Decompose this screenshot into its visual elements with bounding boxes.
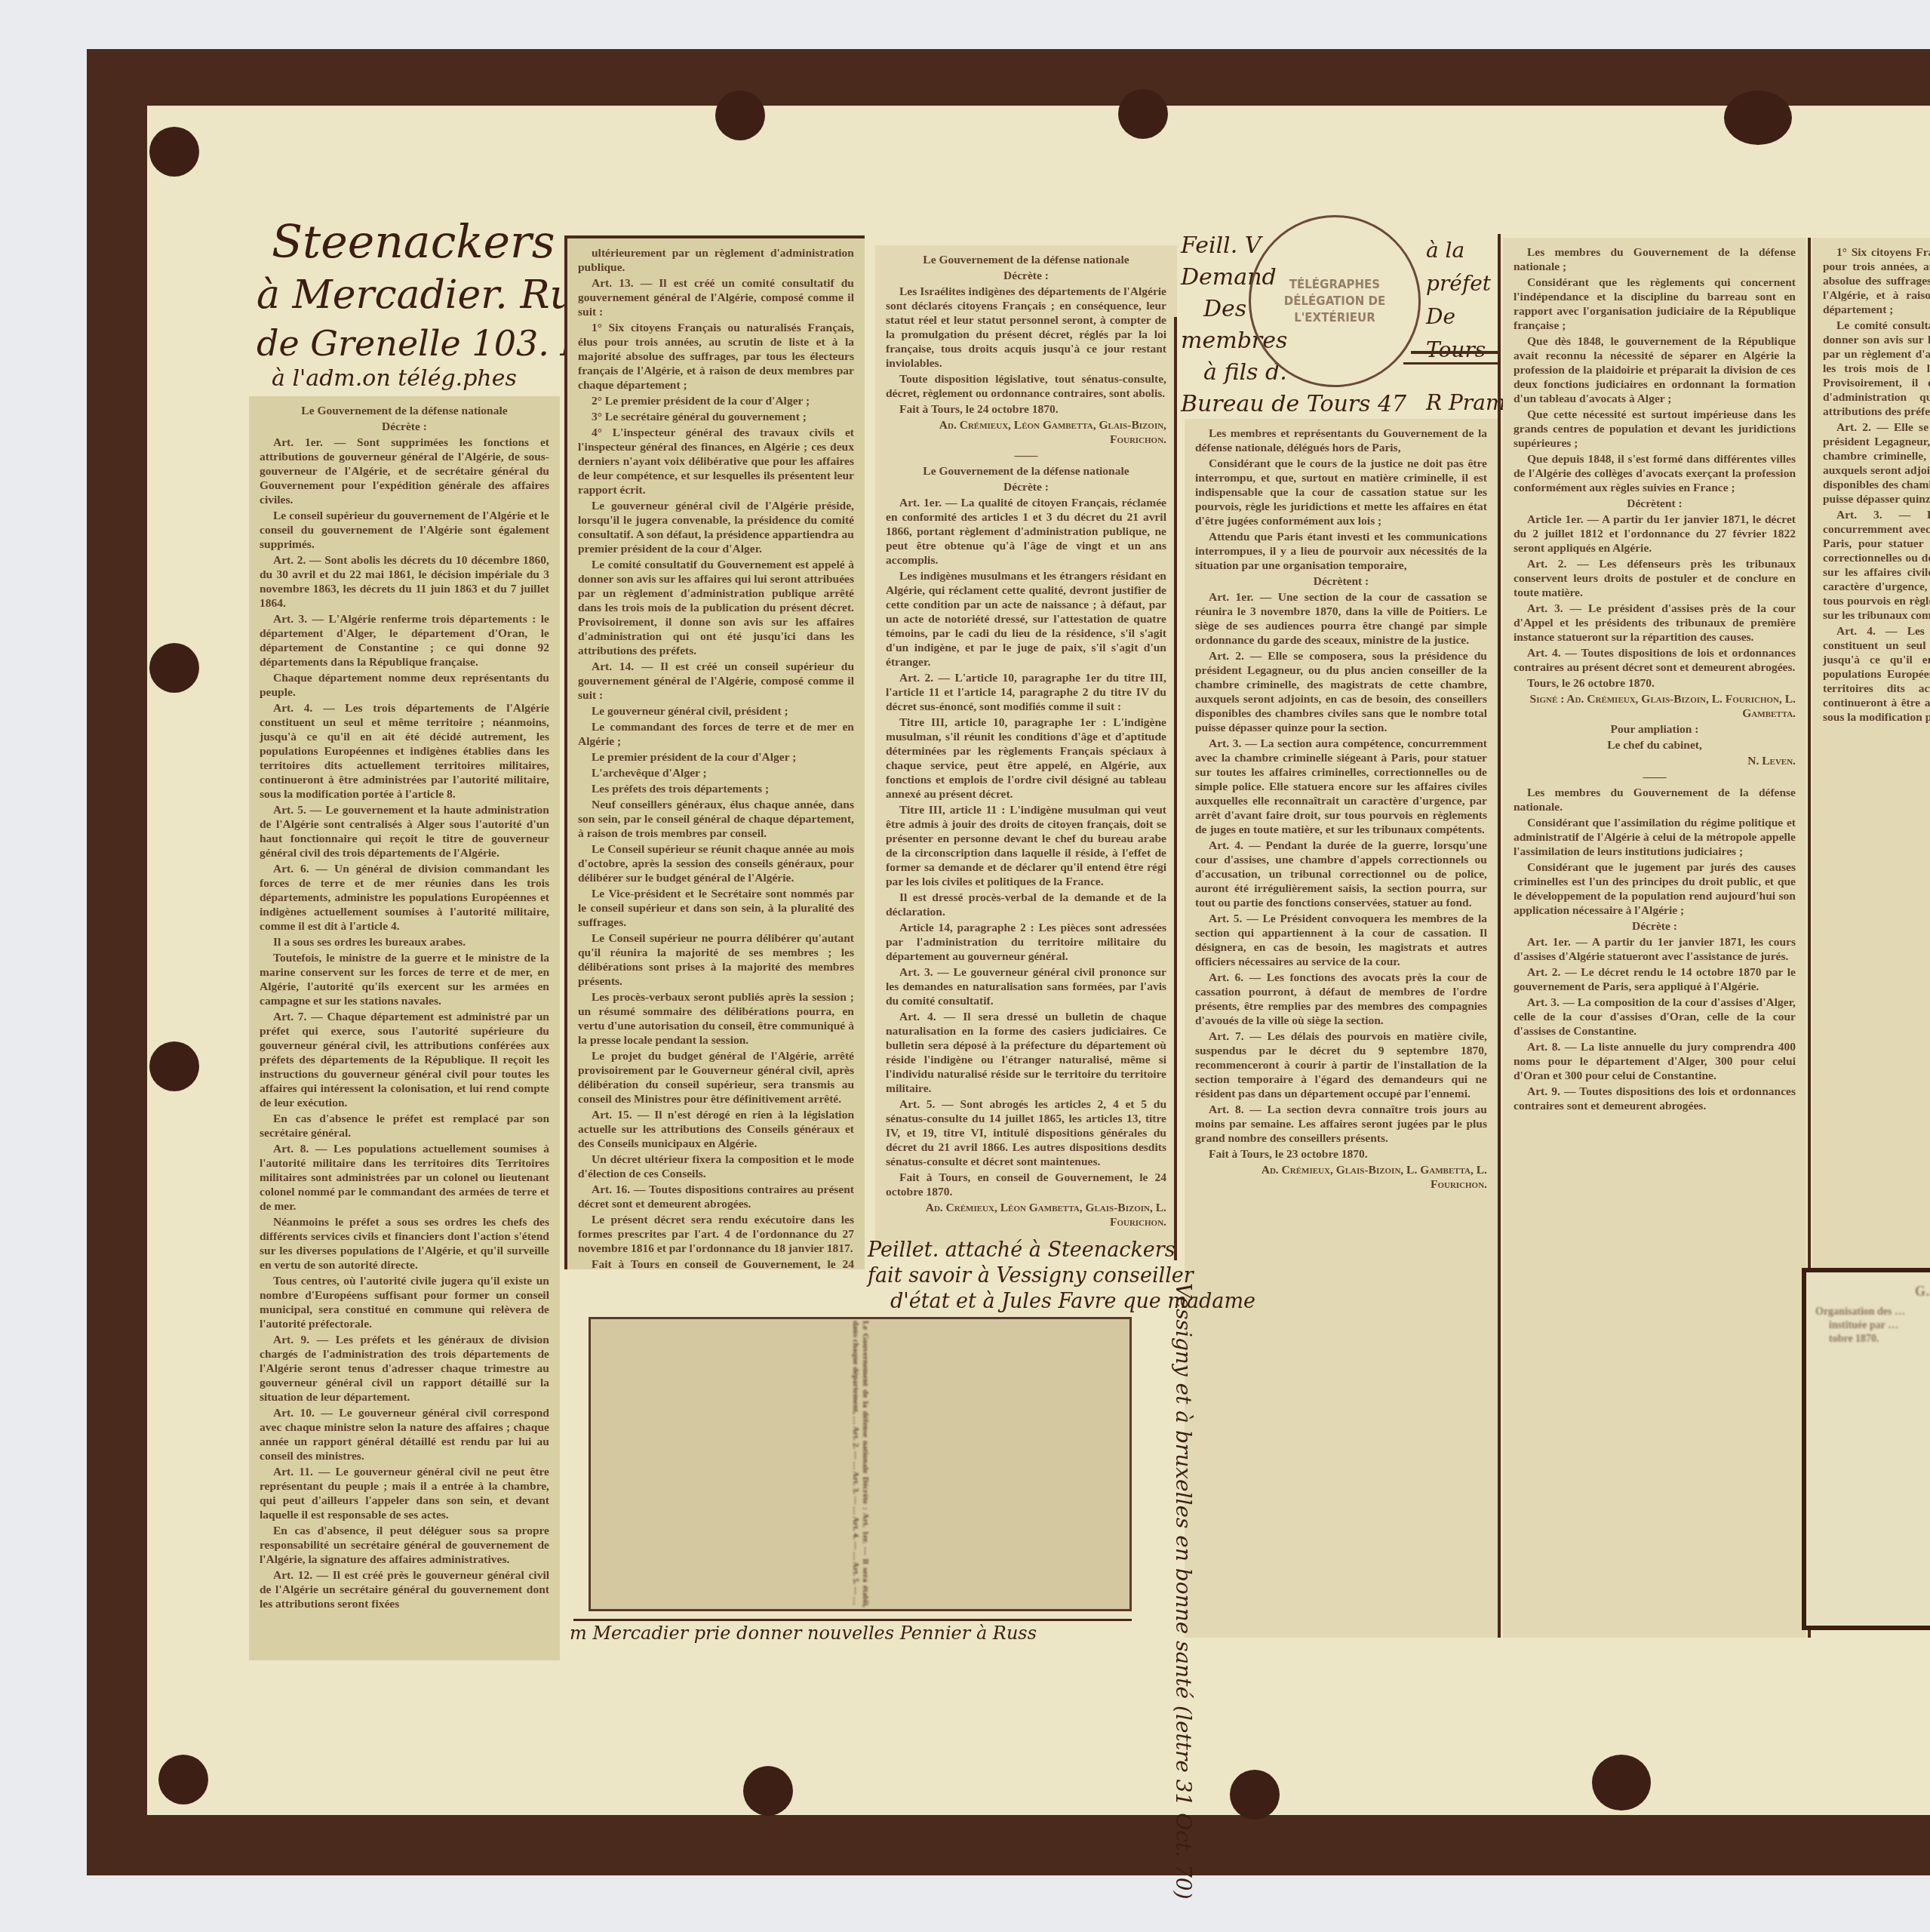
paragraph: Les Israélites indigènes des département…	[886, 285, 1166, 371]
paragraph: Article 14, paragraphe 2 : Les pièces so…	[886, 921, 1166, 964]
paragraph: Art. 12. — Il est créé près le gouverneu…	[260, 1568, 549, 1611]
paragraph: Considérant que le jugement par jurés de…	[1514, 860, 1796, 918]
paragraph: Art. 2. — Les défenseurs près les tribun…	[1514, 557, 1796, 600]
paragraph: Que depuis 1848, il s'est formé dans dif…	[1514, 452, 1796, 495]
divider: ——	[1514, 770, 1796, 784]
paragraph: En cas d'absence le préfet est remplacé …	[260, 1112, 549, 1140]
paragraph: 3° Le secrétaire général du gouvernement…	[578, 410, 854, 424]
paragraph: Art. 13. — Il est créé un comité consult…	[578, 276, 854, 319]
paragraph: Tours, le 26 octobre 1870.	[1514, 676, 1796, 691]
boxed-heading: G…	[1815, 1284, 1930, 1298]
clipping-column-6-partial: 1° Six citoyens Français ou naturalisés …	[1812, 238, 1930, 1272]
paragraph: Le comité consultatif du Gouvernement es…	[578, 558, 854, 658]
paragraph: L'archevêque d'Alger ;	[578, 766, 854, 780]
note-line: Peillet. attaché à Steenackers	[868, 1238, 1255, 1263]
stamp-center-text: TÉLÉGRAPHES DÉLÉGATION DE L'EXTÉRIEUR	[1284, 276, 1385, 326]
handwritten-note-bottom-line: m Mercadier prie donner nouvelles Pennie…	[570, 1623, 1037, 1644]
paragraph: Art. 1er. — Sont supprimées les fonction…	[260, 435, 549, 507]
paragraph: Art. 3. — Le gouverneur général civil pr…	[886, 965, 1166, 1008]
paragraph: Il a sous ses ordres les bureaux arabes.	[260, 935, 549, 949]
paragraph: Art. 3. — L'Algérie renferme trois dépar…	[260, 612, 549, 669]
paragraph: Art. 3. — La section aura compétence, co…	[1195, 737, 1487, 837]
paragraph: Décrètent :	[1514, 497, 1796, 511]
paragraph: Art. 8. — Les populations actuellement s…	[260, 1142, 549, 1214]
paragraph: Art. 6. — Les fonctions des avocats près…	[1195, 971, 1487, 1028]
paragraph: Les membres et représentants du Gouverne…	[1195, 426, 1487, 455]
paragraph: Le Vice-président et le Secrétaire sont …	[578, 887, 854, 930]
paragraph: Art. 11. — Le gouverneur général civil n…	[260, 1465, 549, 1522]
paragraph: 4° L'inspecteur général des travaux civi…	[578, 426, 854, 497]
paragraph: Attendu que Paris étant investi et les c…	[1195, 530, 1487, 573]
postal-stamp: TÉLÉGRAPHES DÉLÉGATION DE L'EXTÉRIEUR	[1249, 215, 1421, 387]
column-divider	[1174, 317, 1177, 1260]
paragraph: Décrètent :	[1195, 574, 1487, 589]
paragraph: 2° Le premier président de la cour d'Alg…	[578, 394, 854, 408]
paragraph: Le commandant des forces de terre et de …	[578, 720, 854, 749]
paragraph: Art. 5. — Le gouvernement et la haute ad…	[260, 803, 549, 860]
paragraph: Art. 4. — Les trois départements de l'Al…	[1823, 624, 1930, 724]
mini-clipping-text: Le Gouvernement de la défense nationale …	[850, 1321, 870, 1607]
note-line: fait savoir à Vessigny conseiller	[868, 1263, 1255, 1289]
paragraph: Art. 2. — Elle se composera, sous la pré…	[1823, 420, 1930, 506]
signature: Ad. Crémieux, Léon Gambetta, Glais-Bizoi…	[886, 418, 1166, 447]
stamp-line: TÉLÉGRAPHES	[1284, 276, 1385, 293]
paragraph: Article 1er. — A partir du 1er janvier 1…	[1514, 512, 1796, 555]
paragraph: Les procès-verbaux seront publiés après …	[578, 990, 854, 1048]
paragraph: Fait à Tours, en conseil de Gouvernement…	[886, 1171, 1166, 1199]
boxed-line: tobre 1870.	[1815, 1333, 1930, 1346]
paragraph: Fait à Tours, le 23 octobre 1870.	[1195, 1147, 1487, 1161]
paragraph: Considérant que le cours de la justice n…	[1195, 457, 1487, 528]
annotation-underline	[1411, 351, 1498, 354]
paragraph: Art. 1er. — La qualité de citoyen França…	[886, 496, 1166, 568]
paragraph: Les membres du Gouvernement de la défens…	[1514, 245, 1796, 274]
paragraph: Le Conseil supérieur se réunit chaque an…	[578, 842, 854, 885]
paragraph: Néanmoins le préfet a sous ses ordres le…	[260, 1215, 549, 1272]
paragraph: Art. 9. — Toutes dispositions des lois e…	[1514, 1084, 1796, 1113]
paragraph: Les membres du Gouvernement de la défens…	[1514, 786, 1796, 814]
paragraph: Art. 4. — Pendant la durée de la guerre,…	[1195, 838, 1487, 910]
paragraph: Décrète :	[1514, 919, 1796, 934]
paragraph: 1° Six citoyens Français ou naturalisés …	[578, 321, 854, 392]
clipping-column-1: Le Gouvernement de la défense nationale …	[249, 396, 560, 1660]
paragraph: Art. 2. — Elle se composera, sous la pré…	[1195, 649, 1487, 735]
signature: Signé : Ad. Crémieux, Glais-Bizoin, L. F…	[1514, 692, 1796, 721]
annotation-line: Bureau de Tours 47	[1181, 389, 1406, 420]
paragraph: Art. 10. — Le gouverneur général civil c…	[260, 1406, 549, 1463]
frame-dot	[149, 127, 199, 177]
paragraph: Art. 7. — Les délais des pourvois en mat…	[1195, 1029, 1487, 1101]
paragraph: Un décret ultérieur fixera la compositio…	[578, 1152, 854, 1181]
ampliation: Pour ampliation :	[1514, 722, 1796, 737]
frame-dot	[158, 1755, 208, 1804]
paragraph: Titre III, article 10, paragraphe 1er : …	[886, 715, 1166, 801]
paragraph: Art. 4. — Il sera dressé un bulletin de …	[886, 1010, 1166, 1096]
paragraph: Art. 14. — Il est créé un conseil supéri…	[578, 660, 854, 703]
divider: ——	[886, 448, 1166, 463]
paragraph: Le premier président de la cour d'Alger …	[578, 750, 854, 764]
ampliation: N. Leven.	[1514, 754, 1796, 768]
handwritten-note-vertical: Vessigny et à bruxelles en bonne santé (…	[1171, 1283, 1196, 1900]
paragraph: Art. 3. — La section aura compétence, co…	[1823, 508, 1930, 623]
paragraph: Considérant que l'assimilation du régime…	[1514, 816, 1796, 859]
paragraph: En cas d'absence, il peut déléguer sous …	[260, 1524, 549, 1567]
paragraph: Toute disposition législative, tout séna…	[886, 372, 1166, 401]
boxed-line: instituée par …	[1815, 1319, 1930, 1333]
paragraph: Que dès 1848, le gouvernement de la Répu…	[1514, 334, 1796, 406]
paragraph: Art. 3. — Le président d'assises près de…	[1514, 601, 1796, 645]
paragraph: Art. 3. — La composition de la cour d'as…	[1514, 995, 1796, 1038]
paragraph: Toutefois, le ministre de la guerre et l…	[260, 951, 549, 1008]
column-heading: Le Gouvernement de la défense nationale	[886, 253, 1166, 267]
paragraph: Art. 8. — La liste annuelle du jury comp…	[1514, 1040, 1796, 1083]
paragraph: Art. 2. — Le décret rendu le 14 octobre …	[1514, 965, 1796, 994]
paragraph: Art. 4. — Toutes dispositions de lois et…	[1514, 646, 1796, 675]
column-divider	[1498, 234, 1501, 1638]
paragraph: 1° Six citoyens Français ou naturalisés …	[1823, 245, 1930, 317]
paragraph: Art. 8. — La section devra connaître tro…	[1195, 1103, 1487, 1146]
paragraph: Titre III, article 11 : L'indigène musul…	[886, 803, 1166, 889]
paragraph: Neuf conseillers généraux, élus chaque a…	[578, 798, 854, 841]
boxed-line: Organisation des …	[1815, 1306, 1930, 1319]
paragraph: Le projet du budget général de l'Algérie…	[578, 1049, 854, 1106]
paragraph: Le conseil supérieur du gouvernement de …	[260, 509, 549, 552]
ampliation: Le chef du cabinet,	[1514, 738, 1796, 752]
paragraph: Les indigènes musulmans et les étrangers…	[886, 569, 1166, 669]
paragraph: Les préfets des trois départements ;	[578, 782, 854, 796]
paragraph: Que cette nécessité est surtout impérieu…	[1514, 408, 1796, 451]
frame-dot	[149, 1041, 199, 1091]
paragraph: Art. 5. — Le Président convoquera les me…	[1195, 912, 1487, 969]
paragraph: Le comité consultatif du Gouvernement es…	[1823, 318, 1930, 419]
clipping-column-3: Le Gouvernement de la défense nationale …	[875, 245, 1177, 1249]
paragraph: Art. 6. — Un général de division command…	[260, 862, 549, 934]
note-line: d'état et à Jules Favre que madame	[868, 1289, 1255, 1315]
paragraph: Tous centres, où l'autorité civile juger…	[260, 1274, 549, 1331]
frame-dot	[743, 1766, 793, 1816]
stamp-line: L'EXTÉRIEUR	[1284, 309, 1385, 326]
frame-dot	[149, 643, 199, 693]
paragraph: Art. 5. — Sont abrogés les articles 2, 4…	[886, 1097, 1166, 1169]
paragraph: ultérieurement par un règlement d'admini…	[578, 246, 854, 275]
boxed-section: G… Organisation des … instituée par … to…	[1802, 1268, 1930, 1630]
paragraph: Le présent décret sera rendu exécutoire …	[578, 1213, 854, 1256]
paragraph: Il est dressé procès-verbal de la demand…	[886, 891, 1166, 919]
paragraph: Art. 1er. — A partir du 1er janvier 1871…	[1514, 935, 1796, 964]
column-subheading: Décrète :	[886, 269, 1166, 283]
annotation-underline	[1403, 362, 1498, 365]
paragraph: Fait à Tours en conseil de Gouvernement,…	[578, 1257, 854, 1269]
signature: Ad. Crémieux, Léon Gambetta, Glais-Bizoi…	[886, 1201, 1166, 1229]
clipping-column-4: Les membres et représentants du Gouverne…	[1185, 419, 1498, 1638]
paragraph: Le Conseil supérieur ne pourra délibérer…	[578, 931, 854, 989]
paragraph: Art. 15. — Il n'est dérogé en rien à la …	[578, 1108, 854, 1151]
paragraph: Art. 2. — Sont abolis les décrets du 10 …	[260, 553, 549, 611]
paragraph: Le gouverneur général civil, président ;	[578, 704, 854, 718]
paragraph: Art. 9. — Les préfets et les généraux de…	[260, 1333, 549, 1404]
stamp-line: DÉLÉGATION DE	[1284, 293, 1385, 309]
paragraph: Art. 4. — Les trois départements de l'Al…	[260, 701, 549, 801]
column-heading: Le Gouvernement de la défense nationale	[886, 464, 1166, 478]
column-subheading: Décrète :	[886, 480, 1166, 494]
signature: Ad. Crémieux, Glais-Bizoin, L. Gambetta,…	[1195, 1163, 1487, 1192]
clipping-column-5: Les membres du Gouvernement de la défens…	[1503, 238, 1806, 1638]
frame-dot	[1118, 89, 1168, 139]
pasted-mini-clipping: Le Gouvernement de la défense nationale …	[589, 1317, 1132, 1611]
frame-dot	[1592, 1755, 1651, 1810]
clipping-column-2: ultérieurement par un règlement d'admini…	[564, 235, 865, 1269]
handwritten-note-bottom-center: Peillet. attaché à Steenackers fait savo…	[868, 1238, 1255, 1315]
paragraph: Chaque département nomme deux représenta…	[260, 671, 549, 700]
frame-dot	[1724, 91, 1792, 145]
column-heading: Le Gouvernement de la défense nationale	[260, 404, 549, 418]
frame-dot	[1230, 1770, 1280, 1820]
paragraph: Art. 1er. — Une section de la cour de ca…	[1195, 590, 1487, 648]
paragraph: Art. 2. — L'article 10, paragraphe 1er d…	[886, 671, 1166, 714]
paragraph: Art. 16. — Toutes dispositions contraire…	[578, 1183, 854, 1211]
paragraph: Fait à Tours, le 24 octobre 1870.	[886, 402, 1166, 417]
note-underline	[573, 1619, 1132, 1621]
frame-dot	[715, 91, 765, 140]
column-subheading: Décrète :	[260, 420, 549, 434]
paragraph: Art. 7. — Chaque département est adminis…	[260, 1010, 549, 1110]
paragraph: Considérant que les règlements qui conce…	[1514, 275, 1796, 333]
paragraph: Le gouverneur général civil de l'Algérie…	[578, 499, 854, 556]
